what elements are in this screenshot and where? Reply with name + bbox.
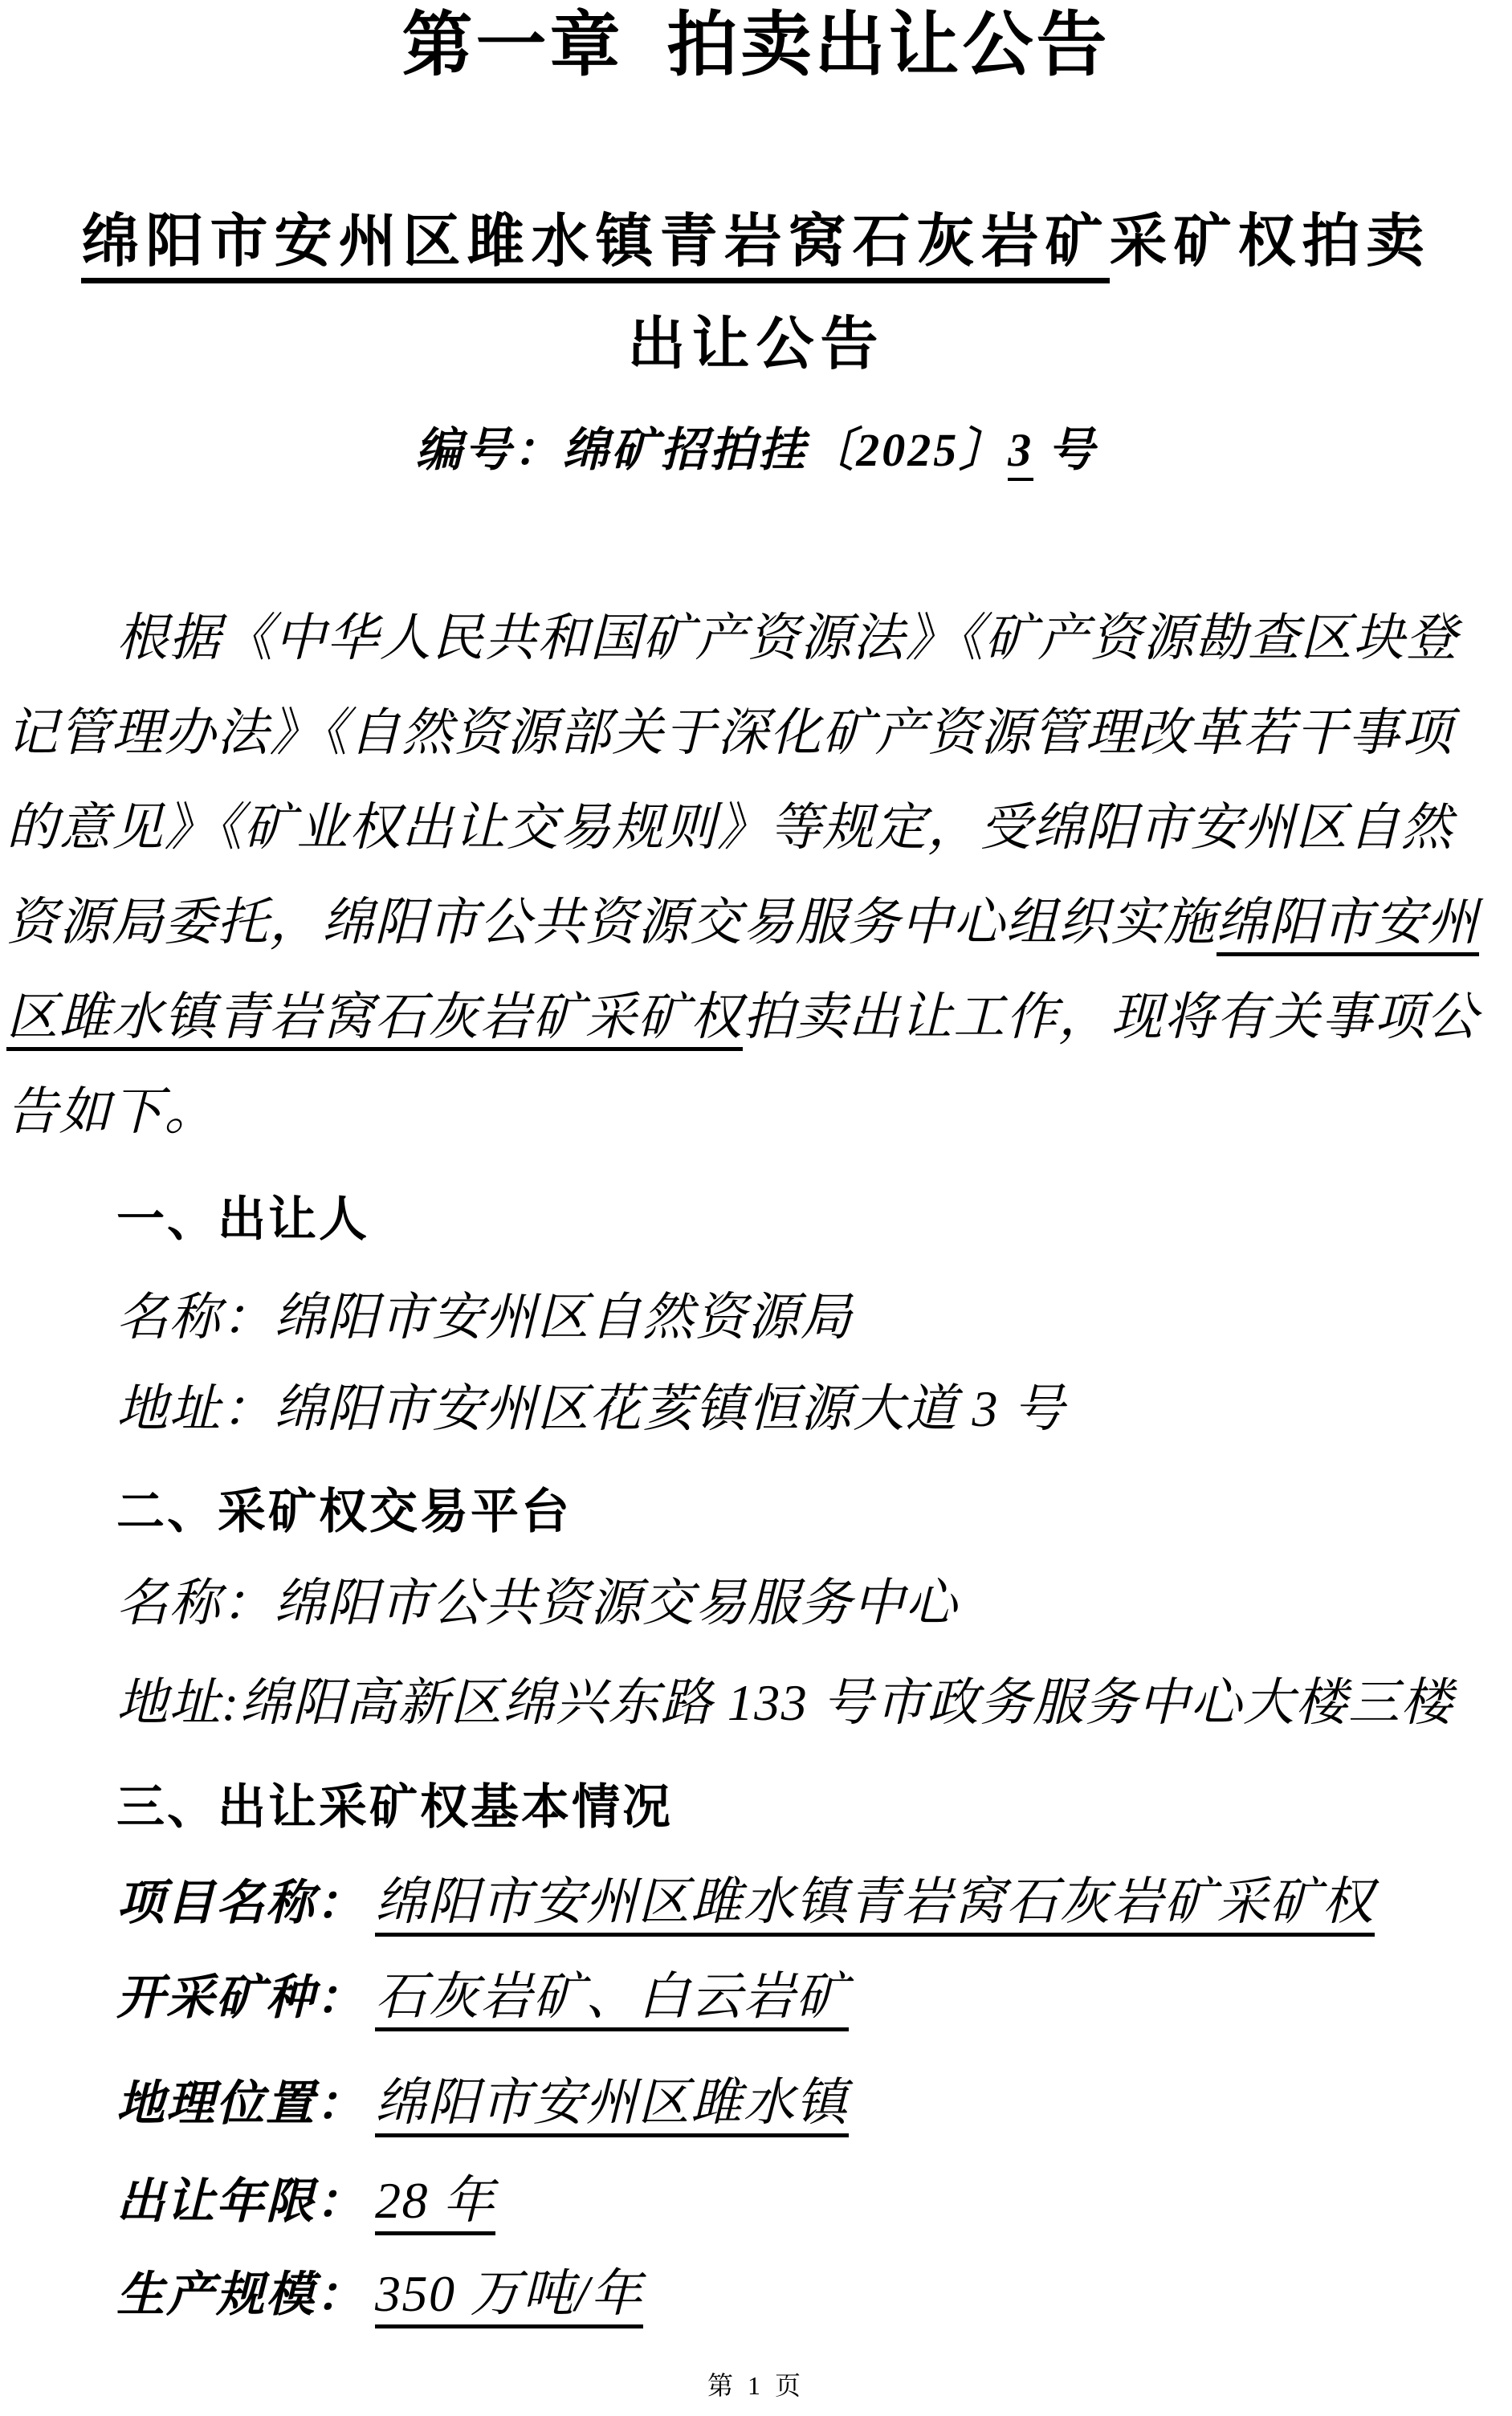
doc-number-suffix: 号: [1033, 424, 1097, 476]
field-row-transfer-term: 出让年限：28 年: [6, 2171, 495, 2231]
field-row-location: 地理位置：绵阳市安州区雎水镇: [6, 2073, 849, 2133]
section2-name-line: 名称：绵阳市公共资源交易服务中心: [6, 1574, 958, 1633]
intro-line-4-plain: 资源局委托，绵阳市公共资源交易服务中心组织实施: [6, 894, 1217, 951]
intro-line-6: 告如下。: [6, 1082, 217, 1142]
intro-line-4-underlined: 绵阳市安州: [1217, 894, 1480, 956]
section3-heading: 三、出让采矿权基本情况: [6, 1779, 673, 1835]
field-value-production-scale: 350 万吨/年: [375, 2265, 643, 2328]
field-row-mineral-type: 开采矿种：石灰岩矿、白云岩矿: [6, 1967, 849, 2027]
field-label-transfer-term: 出让年限：: [116, 2175, 365, 2228]
field-value-transfer-term: 28 年: [375, 2172, 495, 2235]
section1-address-line: 地址：绵阳市安州区花荄镇恒源大道 3 号: [6, 1379, 1066, 1439]
section2-address-line: 地址:绵阳高新区绵兴东路 133 号市政务服务中心大楼三楼: [6, 1673, 1453, 1733]
announcement-title-line2: 出让公告: [0, 313, 1512, 377]
doc-number: 编号：绵矿招拍挂〔2025〕3 号: [0, 424, 1512, 478]
field-label-mineral-type: 开采矿种：: [116, 1971, 365, 2024]
announcement-title-underlined: 绵阳市安州区雎水镇青岩窝石灰岩矿: [81, 210, 1109, 283]
section2-heading: 二、采矿权交易平台: [6, 1484, 572, 1539]
announcement-title-line1: 绵阳市安州区雎水镇青岩窝石灰岩矿采矿权拍卖: [0, 210, 1512, 274]
field-label-project-name: 项目名称：: [116, 1876, 365, 1929]
intro-line-3: 的意见》《矿业权出让交易规则》等规定，受绵阳市安州区自然: [6, 798, 1453, 858]
field-row-project-name: 项目名称：绵阳市安州区雎水镇青岩窝石灰岩矿采矿权: [6, 1872, 1375, 1932]
announcement-title-rest: 采矿权拍卖: [1110, 210, 1431, 274]
field-label-production-scale: 生产规模：: [116, 2268, 365, 2321]
section1-heading: 一、出让人: [6, 1192, 369, 1247]
field-value-mineral-type: 石灰岩矿、白云岩矿: [375, 1968, 849, 2031]
chapter-title: 第一章 拍卖出让公告: [0, 8, 1512, 86]
field-label-location: 地理位置：: [116, 2077, 365, 2130]
page-number: 第 1 页: [0, 2370, 1512, 2401]
doc-number-underlined: 3: [1008, 424, 1033, 481]
field-value-location: 绵阳市安州区雎水镇: [375, 2074, 849, 2137]
field-row-production-scale: 生产规模：350 万吨/年: [6, 2264, 643, 2324]
field-value-project-name: 绵阳市安州区雎水镇青岩窝石灰岩矿采矿权: [375, 1873, 1375, 1937]
doc-number-prefix: 编号：绵矿招拍挂〔2025〕: [415, 424, 1008, 476]
intro-line-1: 根据《中华人民共和国矿产资源法》《矿产资源勘查区块登: [6, 609, 1458, 668]
intro-line-4: 资源局委托，绵阳市公共资源交易服务中心组织实施绵阳市安州: [6, 893, 1479, 952]
intro-line-5-underlined: 区雎水镇青岩窝石灰岩矿采矿权: [6, 988, 743, 1051]
document-page: 第一章 拍卖出让公告 绵阳市安州区雎水镇青岩窝石灰岩矿采矿权拍卖 出让公告 编号…: [0, 0, 1512, 2416]
intro-line-2: 记管理办法》《自然资源部关于深化矿产资源管理改革若干事项: [6, 703, 1453, 763]
intro-line-5-plain: 拍卖出让工作，现将有关事项公: [743, 988, 1479, 1045]
intro-line-5: 区雎水镇青岩窝石灰岩矿采矿权拍卖出让工作，现将有关事项公: [6, 988, 1479, 1047]
section1-name-line: 名称：绵阳市安州区自然资源局: [6, 1288, 853, 1347]
